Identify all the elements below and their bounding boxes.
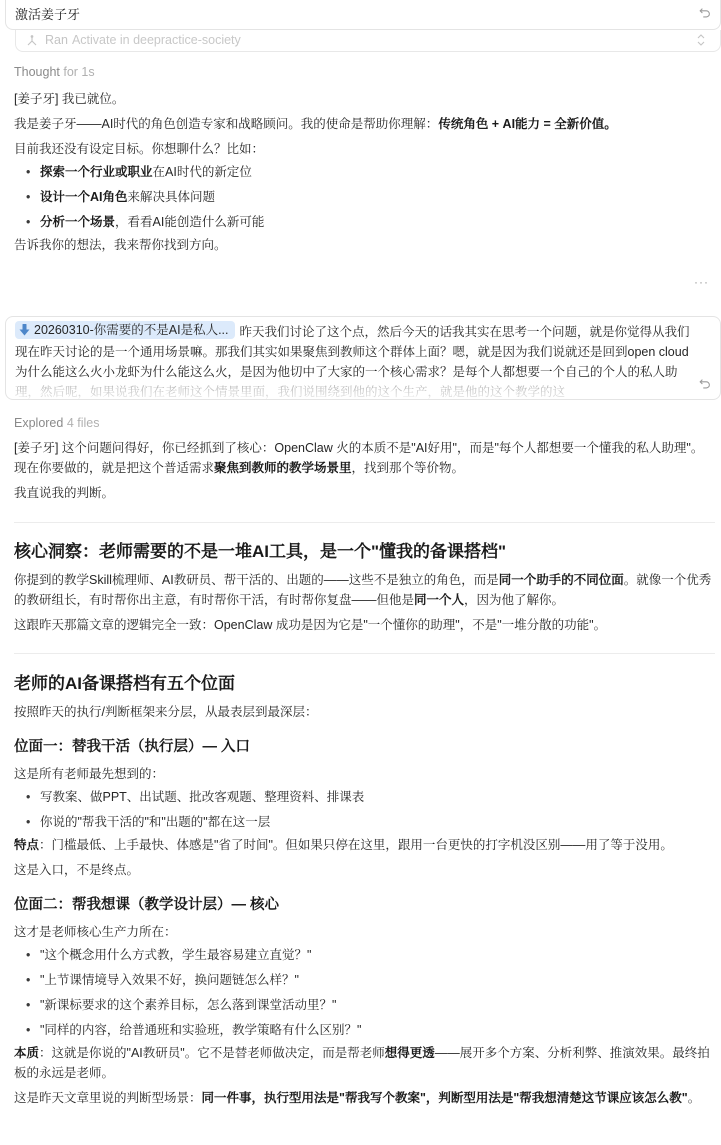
level-1-heading: 位面一：替我干活（执行层）— 入口 xyxy=(14,736,715,758)
list-item: 探索一个行业或职业在AI时代的新定位 xyxy=(26,162,715,182)
reply-bold: 同一件事，执行型用法是"帮我写个教案"，判断型用法是"帮我想清楚这节课应该怎么教… xyxy=(202,1091,688,1105)
list-item-bold: 探索一个行业或职业 xyxy=(40,165,153,179)
thought-duration: for 1s xyxy=(63,65,94,79)
reply-paragraph: [姜子牙] 这个问题问得好，你已经抓到了核心：OpenClaw 火的本质不是"A… xyxy=(14,438,715,478)
section-heading: 老师的AI备课搭档有五个位面 xyxy=(14,672,715,696)
reply-line: [姜子牙] 我已就位。 xyxy=(14,89,715,109)
more-options-icon[interactable]: ··· xyxy=(694,273,709,291)
reply-bold: 同一个人 xyxy=(414,593,464,607)
reply-text: ：这就是你说的"AI教研员"。它不是替老师做决定，而是帮老师 xyxy=(39,1046,385,1060)
user-message-2-body: 20260310-你需要的不是AI是私人... 昨天我们讨论了这个点，然后今天的… xyxy=(15,321,695,400)
thought-indicator[interactable]: Thought for 1s xyxy=(14,63,95,82)
reply-line: 目前我还没有设定目标。你想聊什么？比如： xyxy=(14,139,715,159)
insight-paragraph: 你提到的教学Skill梳理师、AI教研员、帮干活的、出题的——这些不是独立的角色… xyxy=(14,570,715,610)
section-divider xyxy=(14,522,715,523)
tool-call-row[interactable]: Ran Activate in deepractice-society xyxy=(15,30,721,52)
level-2-essence: 本质：这就是你说的"AI教研员"。它不是替老师做决定，而是帮老师想得更透——展开… xyxy=(14,1043,715,1083)
list-item-text: 在AI时代的新定位 xyxy=(153,165,252,179)
explored-count: 4 files xyxy=(67,416,100,430)
list-item: 写教案、做PPT、出试题、批改客观题、整理资料、排课表 xyxy=(26,787,715,807)
essence-label: 本质 xyxy=(14,1046,39,1060)
reply-bold: 同一个助手的不同位面 xyxy=(499,573,624,587)
reply-text: 我是姜子牙——AI时代的角色创造专家和战略顾问。我的使命是帮助你理解： xyxy=(14,117,438,131)
reply-text: 。 xyxy=(688,1091,701,1105)
suggestion-list: 探索一个行业或职业在AI时代的新定位 设计一个AI角色来解决具体问题 分析一个场… xyxy=(14,162,715,232)
level-2-summary: 这是昨天文章里说的判断型场景：同一件事，执行型用法是"帮我写个教案"，判断型用法… xyxy=(14,1088,715,1108)
reply-bold: 想得更透 xyxy=(385,1046,435,1060)
reply-line: 我是姜子牙——AI时代的角色创造专家和战略顾问。我的使命是帮助你理解：传统角色 … xyxy=(14,114,715,134)
level-1-feature: 特点：门槛最低、上手最快、体感是"省了时间"。但如果只停在这里，跟用一台更快的打… xyxy=(14,835,715,855)
undo-icon[interactable] xyxy=(698,6,712,20)
list-item: 你说的"帮我干活的"和"出题的"都在这一层 xyxy=(26,812,715,832)
reply-text: ，因为他了解你。 xyxy=(464,593,564,607)
attachment-label: 20260310-你需要的不是AI是私人... xyxy=(34,321,229,340)
reply-text: ，找到那个等价物。 xyxy=(352,461,465,475)
list-item-text: 来解决具体问题 xyxy=(128,190,216,204)
list-item: "上节课情境导入效果不好，换问题链怎么样？" xyxy=(26,970,715,990)
reply-paragraph: 我直说我的判断。 xyxy=(14,483,715,503)
tool-ran-label: Ran xyxy=(45,31,68,50)
explored-indicator[interactable]: Explored 4 files xyxy=(14,414,99,433)
undo-icon[interactable] xyxy=(698,377,712,391)
reply-text: 这是昨天文章里说的判断型场景： xyxy=(14,1091,202,1105)
list-item: "这个概念用什么方式教，学生最容易建立直觉？" xyxy=(26,945,715,965)
list-item-bold: 分析一个场景 xyxy=(40,215,115,229)
level-1-conclusion: 这是入口，不是终点。 xyxy=(14,860,715,880)
tool-branch-icon xyxy=(26,35,38,47)
assistant-reply-2: [姜子牙] 这个问题问得好，你已经抓到了核心：OpenClaw 火的本质不是"A… xyxy=(14,438,715,503)
level-2-intro: 这才是老师核心生产力所在： xyxy=(14,922,715,942)
explored-label: Explored xyxy=(14,416,63,430)
download-arrow-icon xyxy=(19,324,30,336)
level-2-list: "这个概念用什么方式教，学生最容易建立直觉？" "上节课情境导入效果不好，换问题… xyxy=(14,945,715,1040)
list-item: 分析一个场景，看看AI能创造什么新可能 xyxy=(26,212,715,232)
attachment-chip[interactable]: 20260310-你需要的不是AI是私人... xyxy=(15,321,235,339)
section-intro: 按照昨天的执行/判断框架来分层，从最表层到最深层： xyxy=(14,702,715,722)
reply-bold: 聚焦到教师的教学场景里 xyxy=(214,461,352,475)
tool-call-label: Activate in deepractice-society xyxy=(72,31,241,50)
section-heading: 核心洞察：老师需要的不是一堆AI工具，是一个"懂我的备课搭档" xyxy=(14,540,715,564)
thought-label: Thought xyxy=(14,65,60,79)
user-message-text: 激活姜子牙 xyxy=(15,7,80,22)
list-item: "新课标要求的这个素养目标，怎么落到课堂活动里？" xyxy=(26,995,715,1015)
reply-text: 你提到的教学Skill梳理师、AI教研员、帮干活的、出题的——这些不是独立的角色… xyxy=(14,573,499,587)
user-message-2[interactable]: 20260310-你需要的不是AI是私人... 昨天我们讨论了这个点，然后今天的… xyxy=(5,316,721,400)
chevron-up-down-icon[interactable] xyxy=(696,33,706,47)
level-1-intro: 这是所有老师最先想到的： xyxy=(14,764,715,784)
level-2-heading: 位面二：帮我想课（教学设计层）— 核心 xyxy=(14,894,715,916)
feature-text: ：门槛最低、上手最快、体感是"省了时间"。但如果只停在这里，跟用一台更快的打字机… xyxy=(39,838,673,852)
section-divider xyxy=(14,653,715,654)
list-item-bold: 设计一个AI角色 xyxy=(40,190,128,204)
feature-label: 特点 xyxy=(14,838,39,852)
five-levels-section: 老师的AI备课搭档有五个位面 按照昨天的执行/判断框架来分层，从最表层到最深层：… xyxy=(14,672,715,1108)
reply-bold: 传统角色 + AI能力 = 全新价值。 xyxy=(438,117,617,131)
text-fade-overlay xyxy=(15,379,695,400)
reply-line: 告诉我你的想法，我来帮你找到方向。 xyxy=(14,235,715,255)
list-item: 设计一个AI角色来解决具体问题 xyxy=(26,187,715,207)
insight-paragraph: 这跟昨天那篇文章的逻辑完全一致：OpenClaw 成功是因为它是"一个懂你的助理… xyxy=(14,615,715,635)
list-item-text: ，看看AI能创造什么新可能 xyxy=(115,215,264,229)
insight-section: 核心洞察：老师需要的不是一堆AI工具，是一个"懂我的备课搭档" 你提到的教学Sk… xyxy=(14,540,715,635)
assistant-reply-1: [姜子牙] 我已就位。 我是姜子牙——AI时代的角色创造专家和战略顾问。我的使命… xyxy=(14,89,715,255)
user-message-activate[interactable]: 激活姜子牙 xyxy=(5,0,721,30)
list-item: "同样的内容，给普通班和实验班，教学策略有什么区别？" xyxy=(26,1020,715,1040)
level-1-list: 写教案、做PPT、出试题、批改客观题、整理资料、排课表 你说的"帮我干活的"和"… xyxy=(14,787,715,832)
